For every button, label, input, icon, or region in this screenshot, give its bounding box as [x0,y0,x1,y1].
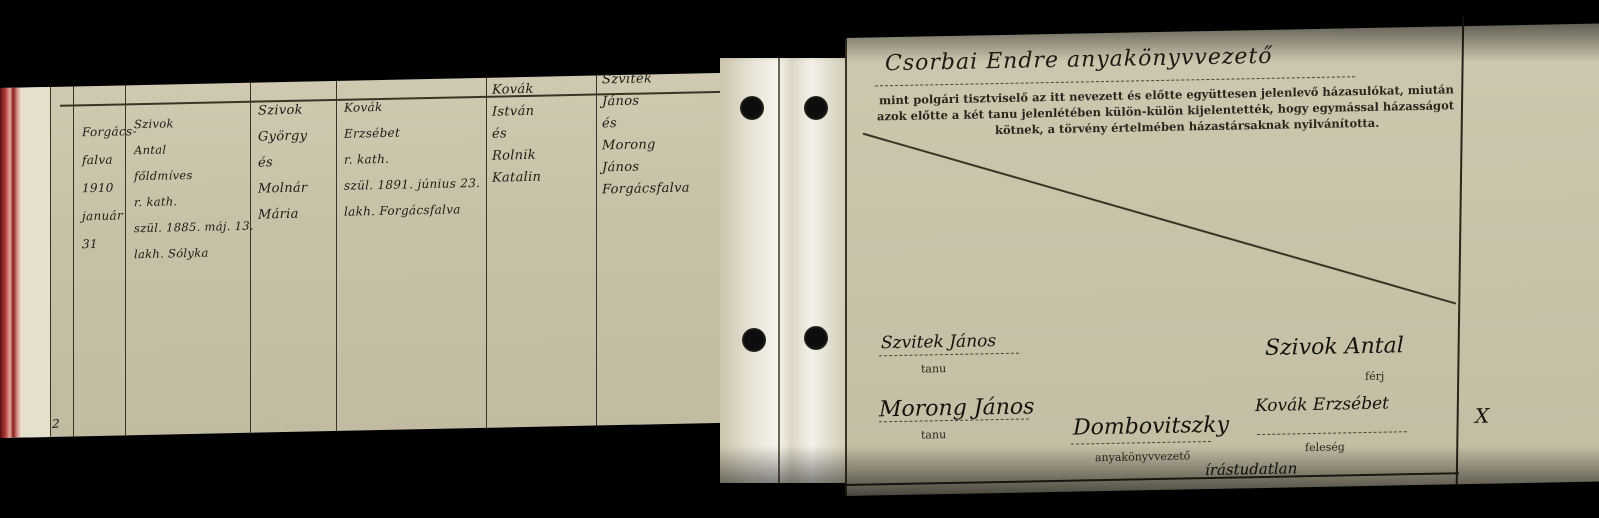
bride-mark-x: X [1475,404,1489,428]
punch-hole-icon [804,96,828,120]
document-scan: Forgács- falva 1910 január 31 Szivok Ant… [0,0,1599,518]
dashed-rule [879,353,1019,357]
page-border [1456,16,1464,484]
column-divider [336,81,337,431]
page-border [845,38,847,496]
label-ferj: férj [1365,370,1384,383]
column-divider [50,87,51,437]
signature-groom: Szivok Antal [1265,333,1404,361]
signature-registrar: Dombovitszky [1073,413,1229,441]
column-divider [596,75,597,425]
row-number: 2 [52,417,60,431]
page-margin [22,87,50,438]
dashed-rule [1071,441,1211,445]
label-tanu: tanu [921,428,946,441]
registrar-handwritten-name: Csorbai Endre anyakönyvvezető [885,44,1273,76]
punch-hole-icon [740,96,764,120]
column-divider [73,86,74,436]
cell-bride-parents: Kovák István és Rolnik Katalin [492,79,541,190]
punch-hole-icon [742,328,766,352]
punch-hole-icon [804,326,828,350]
signature-witness-1: Szvitek János [881,331,996,353]
page-fold [778,58,780,483]
strike-through-line [863,133,1456,304]
label-tanu: tanu [921,362,946,375]
column-divider [486,78,487,428]
right-page: Csorbai Endre anyakönyvvezető mint polgá… [845,24,1599,496]
label-feleseg: feleség [1305,440,1345,454]
label-anyakonyvvezeto: anyakönyvvezető [1095,449,1190,464]
red-binding-edge [0,88,22,438]
signature-bride: Kovák Erzsébet [1255,394,1389,417]
left-page: Forgács- falva 1910 január 31 Szivok Ant… [0,73,735,438]
cell-bride: Kovák Erzsébet r. kath. szül. 1891. júni… [344,92,480,225]
cell-witnesses: Szvitek János és Morong János Forgácsfal… [602,68,690,202]
cell-date-place: Forgács- falva 1910 január 31 [82,117,137,258]
book-gutter [720,58,850,483]
dashed-rule [1257,431,1407,435]
cell-groom: Szivok Antal főldmíves r. kath. szül. 18… [134,109,254,268]
bottom-rule [845,472,1459,486]
cell-groom-parents: Szivok György és Molnár Mária [258,98,307,229]
